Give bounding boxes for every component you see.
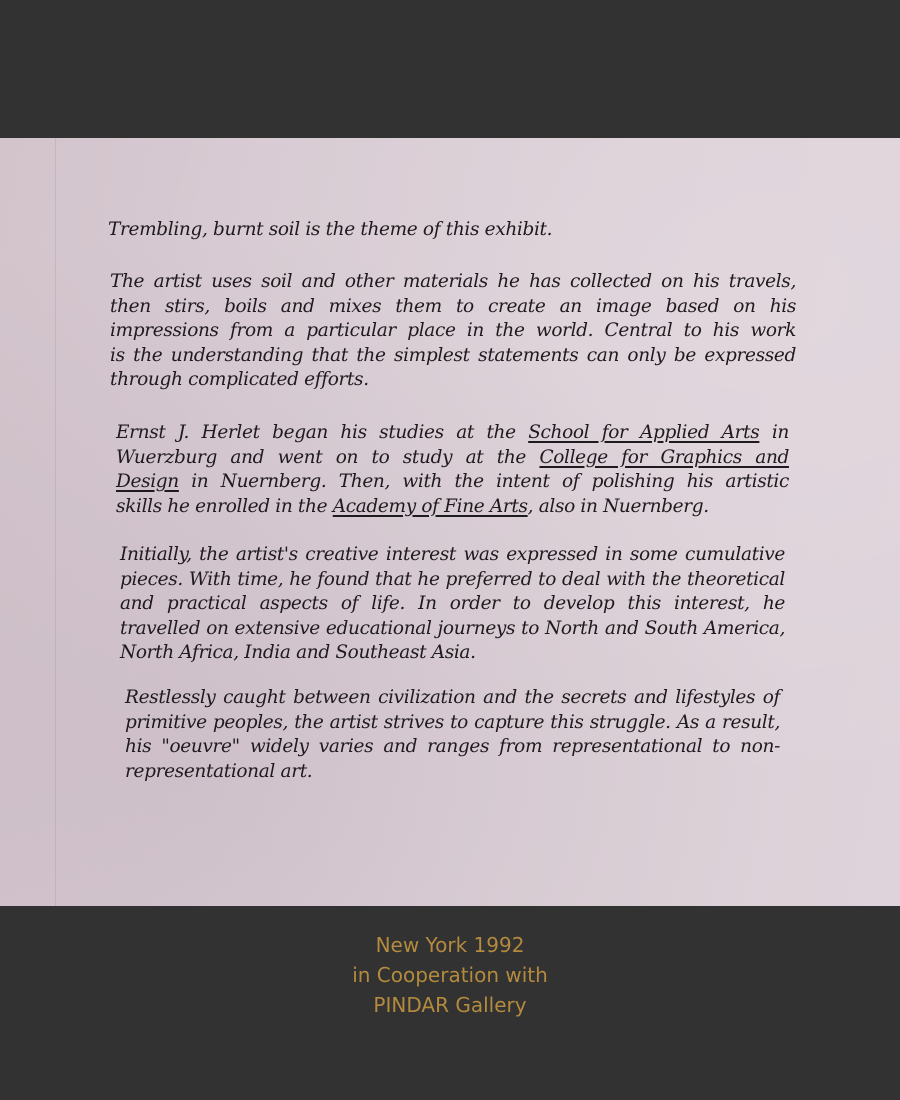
text-segment: , also in Nuernberg. (528, 496, 709, 517)
text-segment: in Nuernberg. Then, with the intent of p… (179, 471, 789, 492)
text-line: North Africa, India and Southeast Asia. (120, 641, 785, 666)
exhibition-credit: New York 1992 in Cooperation with PINDAR… (0, 930, 900, 1020)
school-for-applied-arts: School for Applied Arts (528, 422, 759, 443)
footer-cooperation: in Cooperation with (0, 960, 900, 990)
oeuvre-paragraph: Restlessly caught between civilization a… (125, 686, 780, 784)
college-for-graphics-and-design-cont: Design (116, 471, 179, 492)
text-line: his "oeuvre" widely varies and ranges fr… (125, 735, 780, 760)
text-line: and practical aspects of life. In order … (120, 592, 785, 617)
text-line: pieces. With time, he found that he pref… (120, 568, 785, 593)
text-line: Wuerzburg and went on to study at the Co… (116, 446, 789, 471)
text-line: then stirs, boils and mixes them to crea… (110, 295, 796, 320)
text-line: Trembling, burnt soil is the theme of th… (108, 218, 808, 243)
text-line: Design in Nuernberg. Then, with the inte… (116, 470, 789, 495)
text-line: impressions from a particular place in t… (110, 319, 796, 344)
text-line: Restlessly caught between civilization a… (125, 686, 780, 711)
text-line: skills he enrolled in the Academy of Fin… (116, 495, 789, 520)
text-line: travelled on extensive educational journ… (120, 617, 785, 642)
text-line: Initially, the artist's creative interes… (120, 543, 785, 568)
text-segment: Wuerzburg and went on to study at the (116, 447, 539, 468)
footer-location-year: New York 1992 (0, 930, 900, 960)
text-line: representational art. (125, 760, 780, 785)
education-paragraph: Ernst J. Herlet began his studies at the… (116, 421, 789, 519)
text-line: The artist uses soil and other materials… (110, 270, 796, 295)
academy-of-fine-arts: Academy of Fine Arts (333, 496, 528, 517)
footer-gallery-name: PINDAR Gallery (0, 990, 900, 1020)
text-line: Ernst J. Herlet began his studies at the… (116, 421, 789, 446)
intro-paragraph: Trembling, burnt soil is the theme of th… (108, 218, 808, 243)
college-for-graphics-and-design: College for Graphics and (539, 447, 789, 468)
text-line: primitive peoples, the artist strives to… (125, 711, 780, 736)
text-segment: skills he enrolled in the (116, 496, 333, 517)
text-line: is the understanding that the simplest s… (110, 344, 796, 369)
materials-paragraph: The artist uses soil and other materials… (110, 270, 796, 393)
travels-paragraph: Initially, the artist's creative interes… (120, 543, 785, 666)
scanned-paper-document: Trembling, burnt soil is the theme of th… (0, 138, 900, 906)
text-line: through complicated efforts. (110, 368, 796, 393)
text-segment: in (759, 422, 789, 443)
text-segment: Ernst J. Herlet began his studies at the (116, 422, 528, 443)
